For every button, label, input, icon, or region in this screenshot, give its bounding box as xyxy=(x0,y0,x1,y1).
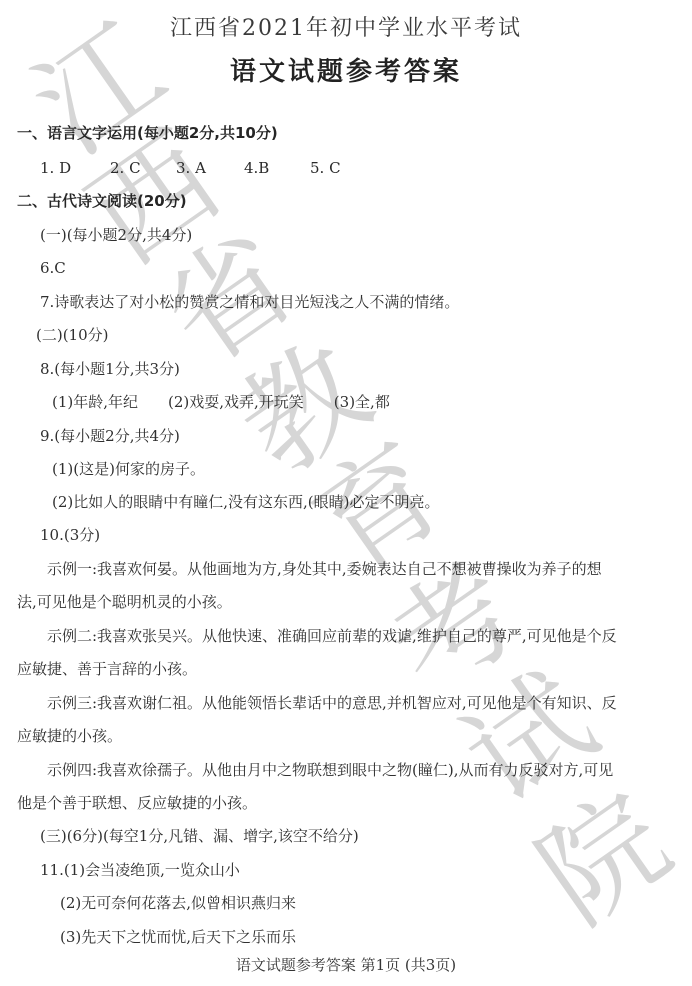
q10-example-1-line2: 法,可见他是个聪明机灵的小孩。 xyxy=(17,592,232,612)
q10-heading: 10.(3分) xyxy=(40,525,100,545)
answer-q11-1: 11.(1)会当凌绝顶,一览众山小 xyxy=(40,860,240,880)
answer-q6: 6.C xyxy=(40,258,66,278)
answer-sheet-page: 江西省2021年初中学业水平考试 语文试题参考答案 一、语言文字运用(每小题2分… xyxy=(0,0,692,986)
answer-q8: (1)年龄,年纪 (2)戏耍,戏弄,开玩笑 (3)全,都 xyxy=(52,392,390,412)
q10-example-3-line1: 示例三:我喜欢谢仁祖。从他能领悟长辈话中的意思,并机智应对,可见他是个有知识、反 xyxy=(47,693,617,713)
answer-4: 4.B xyxy=(244,158,269,178)
q10-example-2-line1: 示例二:我喜欢张吴兴。从他快速、准确回应前辈的戏谑,维护自己的尊严,可见他是个反 xyxy=(47,626,617,646)
answer-q11-3: (3)先天下之忧而忧,后天下之乐而乐 xyxy=(60,927,296,947)
q10-example-4-line1: 示例四:我喜欢徐孺子。从他由月中之物联想到眼中之物(瞳仁),从而有力反驳对方,可… xyxy=(47,760,613,780)
subsection-heading-1: (一)(每小题2分,共4分) xyxy=(40,225,192,245)
q8-heading: 8.(每小题1分,共3分) xyxy=(40,359,180,379)
q9-heading: 9.(每小题2分,共4分) xyxy=(40,426,180,446)
section-heading-part1: 一、语言文字运用(每小题2分,共10分) xyxy=(17,123,278,143)
answer-q9-2: (2)比如人的眼睛中有瞳仁,没有这东西,(眼睛)必定不明亮。 xyxy=(52,492,440,512)
subsection-heading-3: (三)(6分)(每空1分,凡错、漏、增字,该空不给分) xyxy=(40,826,359,846)
section-heading-part2: 二、古代诗文阅读(20分) xyxy=(17,191,187,211)
answer-q11-2: (2)无可奈何花落去,似曾相识燕归来 xyxy=(60,893,296,913)
q10-example-2-line2: 应敏捷、善于言辞的小孩。 xyxy=(17,659,197,679)
answer-q9-1: (1)(这是)何家的房子。 xyxy=(52,459,205,479)
q10-example-1-line1: 示例一:我喜欢何晏。从他画地为方,身处其中,委婉表达自己不想被曹操收为养子的想 xyxy=(47,559,602,579)
subsection-heading-2: (二)(10分) xyxy=(36,325,109,345)
answer-3: 3. A xyxy=(176,158,206,178)
q10-example-3-line2: 应敏捷的小孩。 xyxy=(17,726,122,746)
page-footer: 语文试题参考答案 第1页 (共3页) xyxy=(0,955,692,975)
answer-5: 5. C xyxy=(310,158,341,178)
page-title: 语文试题参考答案 xyxy=(0,54,692,90)
answer-2: 2. C xyxy=(110,158,141,178)
exam-title: 江西省2021年初中学业水平考试 xyxy=(0,14,692,44)
answer-1: 1. D xyxy=(40,158,71,178)
answer-q7: 7.诗歌表达了对小松的赞赏之情和对目光短浅之人不满的情绪。 xyxy=(40,292,459,312)
q10-example-4-line2: 他是个善于联想、反应敏捷的小孩。 xyxy=(17,793,257,813)
